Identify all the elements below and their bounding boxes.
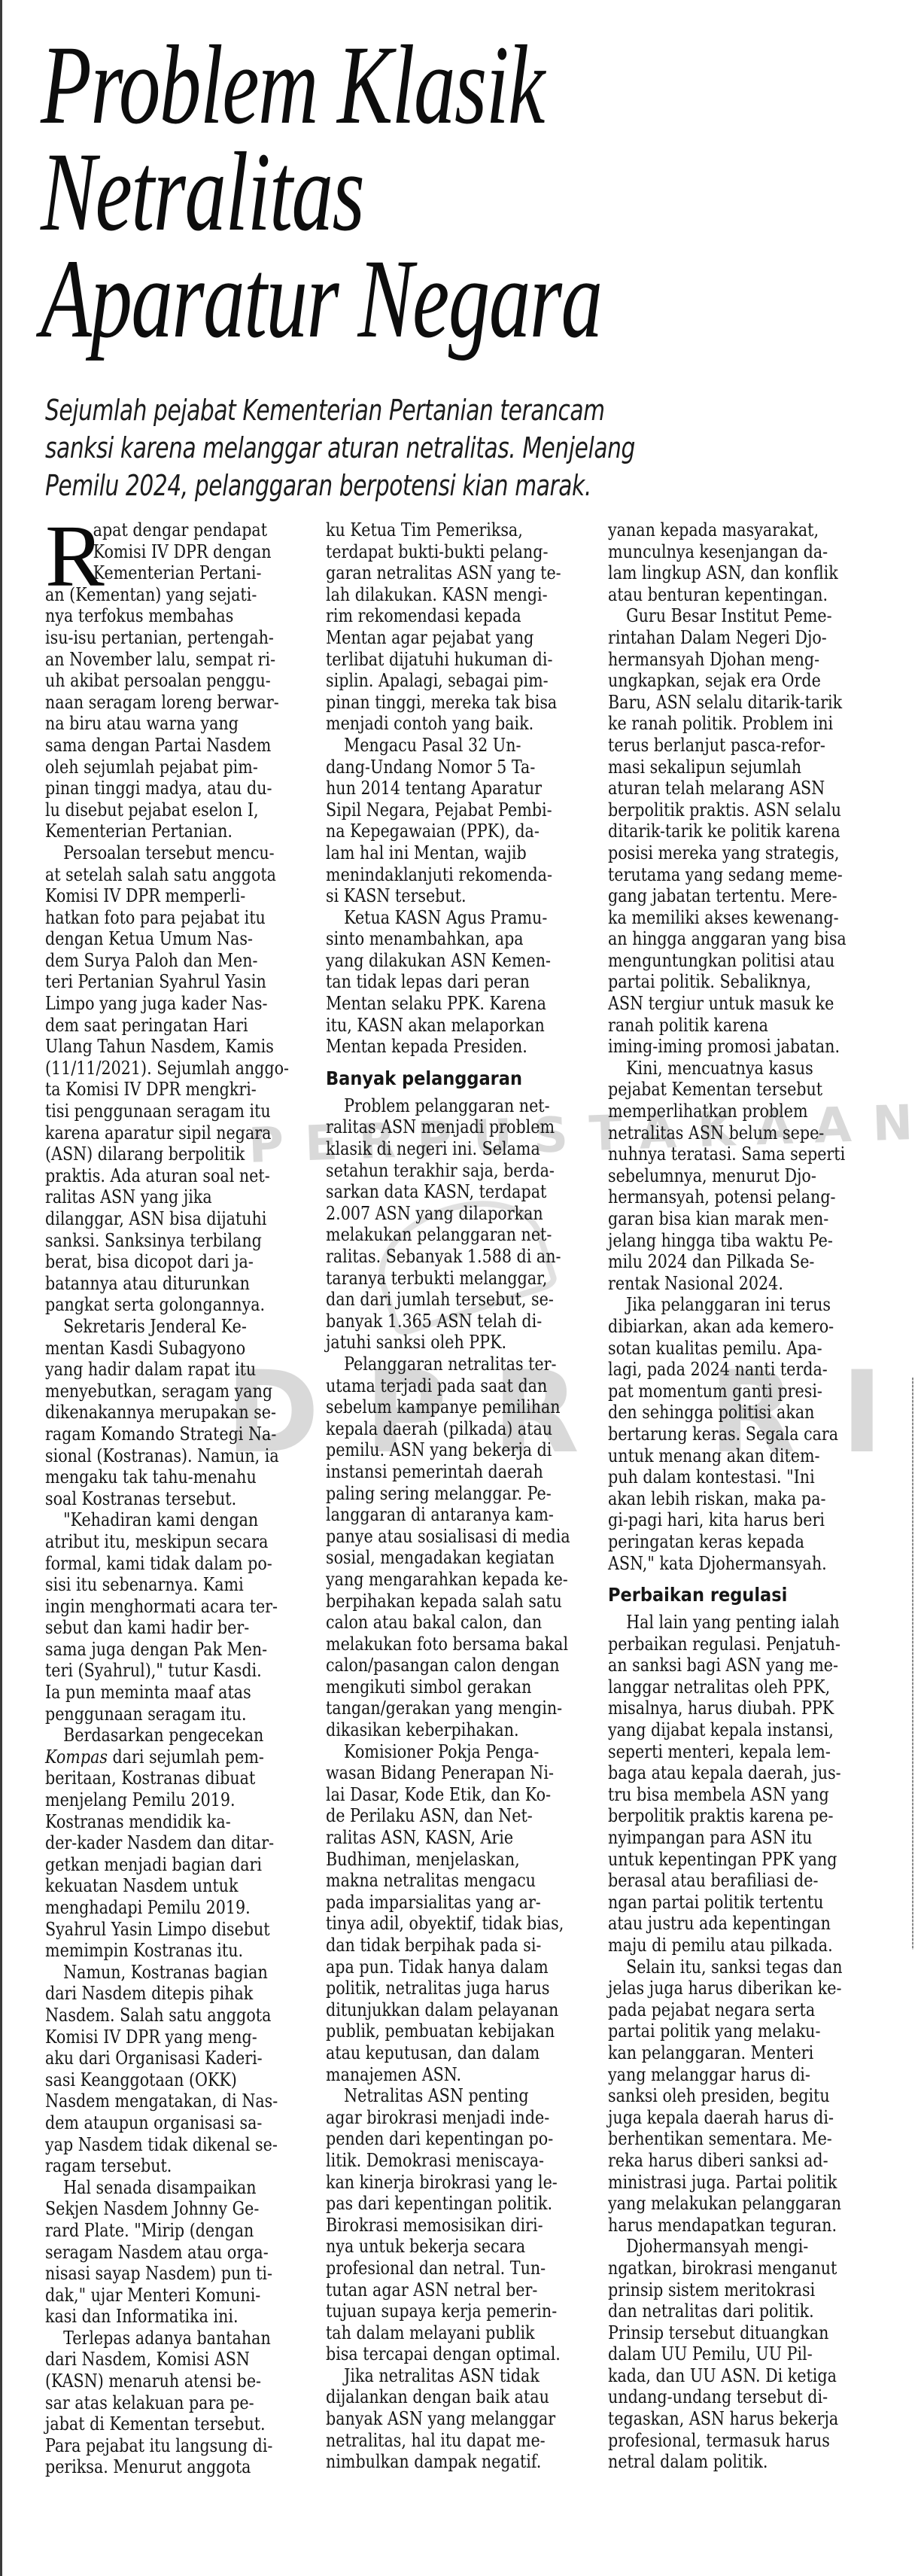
- text-line: dem saat peringatan Hari: [45, 1015, 272, 1037]
- paragraph-first-line: Jika netralitas ASN tidak: [326, 2365, 552, 2387]
- text-line: Para pejabat itu langsung di-: [45, 2435, 272, 2457]
- text-line: mentan Kasdi Subagyono: [45, 1338, 272, 1360]
- text-line: hatkan foto para pejabat itu: [45, 907, 272, 929]
- text-line: 2.007 ASN yang dilaporkan: [326, 1203, 552, 1225]
- text-line: lam hal ini Mentan, wajib: [326, 842, 552, 864]
- text-line: ingin menghormati acara ter-: [45, 1596, 272, 1618]
- paragraph-first-line: "Kehadiran kami dengan: [45, 1509, 272, 1531]
- text-line: (KASN) menaruh atensi be-: [45, 2370, 272, 2392]
- text-line: praktis. Ada aturan soal net-: [45, 1165, 272, 1187]
- text-line: reka harus diberi sanksi ad-: [608, 2150, 834, 2172]
- text-line: jabat di Kementan tersebut.: [45, 2413, 272, 2435]
- article-column-2: ku Ketua Tim Pemeriksa,terdapat bukti-bu…: [326, 519, 589, 2473]
- headline-line: Problem Klasik: [41, 32, 681, 139]
- text-line: Mentan kepada Presiden.: [326, 1036, 552, 1058]
- text-line: Nasdem. Salah satu anggota: [45, 2005, 272, 2026]
- text-line: menindaklanjuti rekomenda-: [326, 864, 552, 886]
- text-line: si KASN tersebut.: [326, 885, 552, 907]
- paragraph-first-line: Kini, mencuatnya kasus: [608, 1058, 834, 1079]
- text-line: yang melakukan pelanggaran: [608, 2193, 834, 2215]
- text-line: menguntungkan politisi atau: [608, 950, 834, 972]
- text-line: sisi itu sebenarnya. Kami: [45, 1574, 272, 1596]
- text-line: beritaan, Kostranas dibuat: [45, 1768, 272, 1789]
- text-line: lu disebut pejabat eselon I,: [45, 799, 272, 821]
- text-line: kan pelanggaran. Menteri: [608, 2042, 834, 2064]
- paragraph-first-line: Persoalan tersebut mencu-: [45, 842, 272, 864]
- text-line: oleh sejumlah pejabat pim-: [45, 757, 272, 778]
- text-line: uh akibat persoalan penggu-: [45, 670, 272, 692]
- text-line: Mentan agar pejabat yang: [326, 627, 552, 649]
- text-line: atau justru ada kepentingan: [608, 1913, 834, 1935]
- text-line: an (Kementan) yang sejati-: [45, 584, 272, 606]
- text-line: manajemen ASN.: [326, 2064, 552, 2086]
- text-line: de Perilaku ASN, dan Net-: [326, 1805, 552, 1827]
- text-line: sanksi oleh presiden, begitu: [608, 2085, 834, 2107]
- text-line: publik, pembuatan kebijakan: [326, 2020, 552, 2042]
- text-line: na biru atau warna yang: [45, 713, 272, 735]
- text-line: an hingga anggaran yang bisa: [608, 928, 834, 950]
- text-line: batannya atau diturunkan: [45, 1273, 272, 1295]
- text-line: ralitas ASN, KASN, Arie: [326, 1827, 552, 1849]
- text-line: langgaran di antaranya kam-: [326, 1504, 552, 1526]
- text-line: sasi Keanggotaan (OKK): [45, 2069, 272, 2091]
- deck-line: Sejumlah pejabat Kementerian Pertanian t…: [45, 391, 691, 429]
- text-line: tah dalam melayani publik: [326, 2322, 552, 2344]
- article-deck: Sejumlah pejabat Kementerian Pertanian t…: [45, 391, 691, 504]
- text-line: nya terfokus membahas: [45, 605, 272, 627]
- text-line: menghadapi Pemilu 2019.: [45, 1897, 272, 1919]
- text-line: langgar netralitas oleh PPK,: [608, 1676, 834, 1698]
- text-line: sotan kualitas pemilu. Apa-: [608, 1338, 834, 1360]
- text-line: Sipil Negara, Pejabat Pembi-: [326, 799, 552, 821]
- text-line: dikasikan keberpihakan.: [326, 1719, 552, 1741]
- text-line: kan kinerja birokrasi yang le-: [326, 2172, 552, 2194]
- text-line: netral dalam politik.: [608, 2451, 834, 2473]
- text-line: dilanggar, ASN bisa dijatuhi: [45, 1208, 272, 1230]
- text-line: atau benturan kepentingan.: [608, 584, 834, 606]
- text-line: na Kepegawaian (PPK), da-: [326, 821, 552, 842]
- text-line: jelas juga harus diberikan ke-: [608, 1978, 834, 1999]
- text-line: hermansyah Djohan meng-: [608, 649, 834, 671]
- text-line: garan netralitas ASN yang te-: [326, 562, 552, 584]
- text-line: ralitas ASN yang jika: [45, 1186, 272, 1208]
- text-line: tru bisa membela ASN yang: [608, 1784, 834, 1806]
- text-line: bertarung keras. Segala cara: [608, 1423, 834, 1445]
- text-line: sama juga dengan Pak Men-: [45, 1639, 272, 1661]
- text-line: menjadi contoh yang baik.: [326, 713, 552, 735]
- text-line: Ulang Tahun Nasdem, Kamis: [45, 1036, 272, 1058]
- text-line: sional (Kostranas). Namun, ia: [45, 1445, 272, 1467]
- text-line: instansi pemerintah daerah: [326, 1461, 552, 1483]
- text-line: misalnya, harus diubah. PPK: [608, 1698, 834, 1719]
- text-line: ta Komisi IV DPR mengkri-: [45, 1079, 272, 1101]
- text-line: calon/pasangan calon dengan: [326, 1655, 552, 1676]
- text-line: litik. Demokrasi meniscaya-: [326, 2150, 552, 2172]
- text-line: lam lingkup ASN, dan konflik: [608, 562, 834, 584]
- text-line: teri Pertanian Syahrul Yasin: [45, 971, 272, 993]
- publication-name: Kompas: [45, 1746, 108, 1768]
- text-line: berat, bisa dicopot dari ja-: [45, 1251, 272, 1273]
- text-line: siplin. Apalagi, sebagai pim-: [326, 670, 552, 692]
- text-line: jelang hingga tiba waktu Pe-: [608, 1230, 834, 1252]
- text-line: akan lebih riskan, maka pa-: [608, 1488, 834, 1510]
- text-line: banyak 1.365 ASN telah di-: [326, 1311, 552, 1332]
- text-line: profesional, termasuk harus: [608, 2430, 834, 2452]
- text-line: dan netralitas dari politik.: [608, 2300, 834, 2322]
- text-line: taranya terbukti melanggar,: [326, 1268, 552, 1290]
- text-line: sebut dan kami hadir ber-: [45, 1617, 272, 1639]
- article-headline: Problem Klasik Netralitas Aparatur Negar…: [41, 32, 681, 352]
- text-line: seperti menteri, kepala lem-: [608, 1741, 834, 1763]
- text-line: Ia pun meminta maaf atas: [45, 1682, 272, 1704]
- text-line: hun 2014 tentang Aparatur: [326, 778, 552, 799]
- text-line: dan tidak berpihak pada si-: [326, 1935, 552, 1956]
- paragraph-first-line: Sekretaris Jenderal Ke-: [45, 1316, 272, 1338]
- text-line: kepala daerah (pilkada) atau: [326, 1418, 552, 1440]
- text-line: mengikuti simbol gerakan: [326, 1676, 552, 1698]
- text-line: partai politik yang melaku-: [608, 2020, 834, 2042]
- text-line: rard Plate. "Mirip (dengan: [45, 2220, 272, 2242]
- text-line: (ASN) dilarang berpolitik: [45, 1143, 272, 1165]
- text-line: Birokrasi memosisikan diri-: [326, 2215, 552, 2236]
- section-subhead: Perbaikan regulasi: [608, 1579, 845, 1612]
- text-line: atribut itu, meskipun secara: [45, 1531, 272, 1553]
- text-line: der-kader Nasdem dan ditar-: [45, 1832, 272, 1854]
- text-line: dengan Ketua Umum Nas-: [45, 928, 272, 950]
- text-line: itu, KASN akan melaporkan: [326, 1015, 552, 1037]
- text-line: sebelum kampanye pemilihan: [326, 1396, 552, 1418]
- text-line: aturan telah melarang ASN: [608, 778, 834, 799]
- text-line: Kementerian Pertanian.: [45, 821, 272, 842]
- text-line: calon atau bakal calon, dan: [326, 1612, 552, 1634]
- text-line: wasan Bidang Penerapan Ni-: [326, 1762, 552, 1784]
- text-line: berpolitik praktis. ASN selalu: [608, 799, 834, 821]
- text-line: dak," ujar Menteri Komuni-: [45, 2285, 272, 2307]
- text-line: rim rekomendasi kepada: [326, 605, 552, 627]
- paragraph-first-line: Guru Besar Institut Peme-: [608, 605, 834, 627]
- text-line: at setelah salah satu anggota: [45, 864, 272, 886]
- text-line: iming-iming promosi jabatan.: [608, 1036, 834, 1058]
- text-line: lai Dasar, Kode Etik, dan Ko-: [326, 1784, 552, 1806]
- text-line: pat momentum ganti presi-: [608, 1381, 834, 1402]
- column-edge-rule: [912, 1378, 913, 1950]
- text-line: ka memiliki akses kewenang-: [608, 907, 834, 929]
- paragraph-first-line: Berdasarkan pengecekan: [45, 1725, 272, 1746]
- text-line: ditunjukkan dalam pelayanan: [326, 1999, 552, 2021]
- text-line: banyak ASN yang melanggar: [326, 2408, 552, 2430]
- text-line: nya untuk bekerja secara: [326, 2236, 552, 2258]
- text-line: panye atau sosialisasi di media: [326, 1526, 552, 1548]
- headline-line: Aparatur Negara: [41, 245, 681, 352]
- text-line: Syahrul Yasin Limpo disebut: [45, 1919, 272, 1941]
- text-line: menjelang Pemilu 2019.: [45, 1789, 272, 1811]
- text-line: nyimpangan para ASN itu: [608, 1827, 834, 1849]
- text-line: ungkapkan, sejak era Orde: [608, 670, 834, 692]
- text-line: soal Kostranas tersebut.: [45, 1488, 272, 1510]
- section-subhead: Banyak pelanggaran: [326, 1062, 563, 1095]
- text-line: yang dilakukan ASN Kemen-: [326, 950, 552, 972]
- text-line: berhentikan sementara. Me-: [608, 2128, 834, 2150]
- text-line: netralitas ASN belum sepe-: [608, 1122, 834, 1144]
- text-line: dijalankan dengan baik atau: [326, 2386, 552, 2408]
- text-line: Kompas dari sejumlah pem-: [45, 1746, 272, 1768]
- text-line: aku dari Organisasi Kaderi-: [45, 2048, 272, 2069]
- text-line: rintahan Dalam Negeri Djo-: [608, 627, 834, 649]
- paragraph-first-line: Namun, Kostranas bagian: [45, 1962, 272, 1984]
- text-line: dem ataupun organisasi sa-: [45, 2112, 272, 2134]
- text-line: berpihakan kepada salah satu: [326, 1591, 552, 1612]
- text-line: nuhnya teratasi. Sama seperti: [608, 1143, 834, 1165]
- text-line: pada pejabat negara serta: [608, 1999, 834, 2021]
- text-line: apa pun. Tidak hanya dalam: [326, 1956, 552, 1978]
- text-line: nisasi sayap Nasdem) pun ti-: [45, 2263, 272, 2285]
- newspaper-clipping: Problem Klasik Netralitas Aparatur Negar…: [0, 0, 918, 2576]
- paragraph-first-line: Mengacu Pasal 32 Un-: [326, 735, 552, 757]
- text-line: apat dengar pendapat: [45, 519, 272, 541]
- article-column-3: yanan kepada masyarakat,munculnya kesenj…: [608, 519, 871, 2473]
- text-line: dang-Undang Nomor 5 Ta-: [326, 757, 552, 778]
- text-line: ralitas. Sebanyak 1.588 di an-: [326, 1246, 552, 1268]
- text-line: an November lalu, sempat ri-: [45, 649, 272, 671]
- text-line: gi-pagi hari, kita harus beri: [608, 1509, 834, 1531]
- paragraph-first-line: Selain itu, sanksi tegas dan: [608, 1956, 834, 1978]
- text-line: jatuhi sanksi oleh PPK.: [326, 1332, 552, 1353]
- text-line: peringatan keras kepada: [608, 1531, 834, 1553]
- text-line: pinan tinggi madya, atau du-: [45, 778, 272, 799]
- text-line: Komisi IV DPR memperli-: [45, 885, 272, 907]
- text-line: menyebutkan, seragam yang: [45, 1381, 272, 1402]
- paragraph-first-line: Jika pelanggaran ini terus: [608, 1294, 834, 1316]
- text-line: maju di pemilu atau pilkada.: [608, 1935, 834, 1956]
- text-line: Nasdem mengatakan, di Nas-: [45, 2090, 272, 2112]
- text-line: pemilu. ASN yang bekerja di: [326, 1439, 552, 1461]
- text-line: melakukan foto bersama bakal: [326, 1634, 552, 1655]
- text-line: dalam UU Pemilu, UU Pil-: [608, 2343, 834, 2365]
- text-line: memimpin Kostranas itu.: [45, 1940, 272, 1962]
- paragraph-first-line: Komisioner Pokja Penga-: [326, 1741, 552, 1763]
- text-line: teri (Syahrul)," tutur Kasdi.: [45, 1660, 272, 1682]
- text-line: lagi, pada 2024 nanti terda-: [608, 1359, 834, 1381]
- text-line: paling sering melanggar. Pe-: [326, 1483, 552, 1505]
- text-line: gang jabatan tertentu. Mere-: [608, 885, 834, 907]
- text-line: dikenakannya merupakan se-: [45, 1402, 272, 1423]
- text-line: posisi mereka yang strategis,: [608, 842, 834, 864]
- paragraph-first-line: Terlepas adanya bantahan: [45, 2328, 272, 2349]
- paragraph-first-line: Ketua KASN Agus Pramu-: [326, 907, 552, 929]
- text-line: tutan agar ASN netral ber-: [326, 2279, 552, 2301]
- text-line: agar birokrasi menjadi inde-: [326, 2107, 552, 2129]
- text-line: yang dijabat kepala instansi,: [608, 1719, 834, 1741]
- paragraph-first-line: Hal senada disampaikan: [45, 2177, 272, 2199]
- text-line: pejabat Kementan tersebut: [608, 1079, 834, 1101]
- text-line: Kementerian Pertani-: [45, 562, 272, 584]
- text-line: berpolitik praktis karena pe-: [608, 1805, 834, 1827]
- text-line: dem Surya Paloh dan Men-: [45, 950, 272, 972]
- text-line: tujuan supaya kerja pemerin-: [326, 2300, 552, 2322]
- text-line: undang-undang tersebut di-: [608, 2386, 834, 2408]
- text-line: Sekjen Nasdem Johnny Ge-: [45, 2198, 272, 2220]
- text-line: pada imparsialitas yang ar-: [326, 1892, 552, 1914]
- text-line: an sanksi bagi ASN yang me-: [608, 1655, 834, 1676]
- headline-line: Netralitas: [41, 139, 681, 245]
- text-line: Kostranas mendidik ka-: [45, 1811, 272, 1833]
- text-line: dan dari jumlah tersebut, se-: [326, 1289, 552, 1311]
- text-line: terdapat bukti-bukti pelang-: [326, 541, 552, 563]
- text-line: untuk menang akan ditem-: [608, 1445, 834, 1467]
- text-line: lah dilakukan. KASN mengi-: [326, 584, 552, 606]
- text-line: terlibat dijatuhi hukuman di-: [326, 649, 552, 671]
- text-line: puh dalam kontestasi. "Ini: [608, 1466, 834, 1488]
- text-line: juga kepala daerah harus di-: [608, 2107, 834, 2129]
- text-line: karena aparatur sipil negara: [45, 1122, 272, 1144]
- text-line: ragam tersebut.: [45, 2155, 272, 2177]
- text-line: ministrasi juga. Partai politik: [608, 2172, 834, 2194]
- text-line: sanksi. Sanksinya terbilang: [45, 1230, 272, 1252]
- text-line: hermansyah, potensi pelang-: [608, 1186, 834, 1208]
- deck-line: Pemilu 2024, pelanggaran berpotensi kian…: [45, 467, 691, 504]
- text-line: pas dari kepentingan politik.: [326, 2193, 552, 2215]
- text-line: klasik di negeri ini. Selama: [326, 1138, 552, 1160]
- text-line: mengaku tak tahu-menahu: [45, 1466, 272, 1488]
- text-line: Mentan selaku PPK. Karena: [326, 993, 552, 1015]
- text-line: prinsip sistem meritokrasi: [608, 2279, 834, 2301]
- text-line: utama terjadi pada saat dan: [326, 1375, 552, 1397]
- text-line: dibiarkan, akan ada kemero-: [608, 1316, 834, 1338]
- text-line: ku Ketua Tim Pemeriksa,: [326, 519, 552, 541]
- text-line: yang hadir dalam rapat itu: [45, 1359, 272, 1381]
- text-line: Baru, ASN selalu ditarik-tarik: [608, 692, 834, 714]
- article-column-1: R apat dengar pendapatKomisi IV DPR deng…: [45, 519, 309, 2478]
- page-edge-rule: [0, 0, 2, 2576]
- text-line: ASN," kata Djohermansyah.: [608, 1553, 834, 1575]
- text-line: isu-isu pertanian, pertengah-: [45, 627, 272, 649]
- text-line: masi sekalipun sejumlah: [608, 757, 834, 778]
- text-line: untuk kepentingan PPK yang: [608, 1849, 834, 1871]
- text-line: yanan kepada masyarakat,: [608, 519, 834, 541]
- text-line: perbaikan regulasi. Penjatuh-: [608, 1634, 834, 1655]
- text-line: rentak Nasional 2024.: [608, 1273, 834, 1295]
- text-line: sinto menambahkan, apa: [326, 928, 552, 950]
- text-line: ngatkan, birokrasi menganut: [608, 2258, 834, 2279]
- text-line: pangkat serta golongannya.: [45, 1294, 272, 1316]
- text-line: yap Nasdem tidak dikenal se-: [45, 2134, 272, 2156]
- text-line: Prinsip tersebut dituangkan: [608, 2322, 834, 2344]
- text-line: ASN tergiur untuk masuk ke: [608, 993, 834, 1015]
- text-line: ranah politik karena: [608, 1015, 834, 1037]
- text-line: getkan menjadi bagian dari: [45, 1854, 272, 1876]
- text-line: sama dengan Partai Nasdem: [45, 735, 272, 757]
- text-line: dari Nasdem, Komisi ASN: [45, 2349, 272, 2370]
- text-line: Limpo yang juga kader Nas-: [45, 993, 272, 1015]
- text-line: netralitas, hal itu dapat me-: [326, 2430, 552, 2452]
- text-line: profesional dan netral. Tun-: [326, 2258, 552, 2279]
- text-line: tisi penggunaan seragam itu: [45, 1101, 272, 1122]
- text-line: tangan/gerakan yang mengin-: [326, 1698, 552, 1719]
- paragraph-first-line: Netralitas ASN penting: [326, 2085, 552, 2107]
- text-line: baga atau kepala daerah, jus-: [608, 1762, 834, 1784]
- text-line: seragam Nasdem atau orga-: [45, 2242, 272, 2264]
- text-line: ditarik-tarik ke politik karena: [608, 821, 834, 842]
- text-line: ralitas ASN menjadi problem: [326, 1116, 552, 1138]
- text-line: Komisi IV DPR yang meng-: [45, 2026, 272, 2048]
- text-line: nimbulkan dampak negatif.: [326, 2451, 552, 2473]
- paragraph-first-line: Djohermansyah mengi-: [608, 2236, 834, 2258]
- text-line: setahun terakhir saja, berda-: [326, 1160, 552, 1182]
- text-line: penden dari kepentingan po-: [326, 2128, 552, 2150]
- paragraph-first-line: Hal lain yang penting ialah: [608, 1612, 834, 1634]
- text-line: formal, kami tidak dalam po-: [45, 1553, 272, 1575]
- text-line: melakukan pelanggaran net-: [326, 1224, 552, 1246]
- text-line: penggunaan seragam itu.: [45, 1704, 272, 1725]
- text-line: tan tidak lepas dari peran: [326, 971, 552, 993]
- text-line: munculnya kesenjangan da-: [608, 541, 834, 563]
- text-line: makna netralitas mengacu: [326, 1870, 552, 1892]
- text-line: tegaskan, ASN harus bekerja: [608, 2408, 834, 2430]
- text-line: atau keputusan, dan dalam: [326, 2042, 552, 2064]
- text-line: politik, netralitas juga harus: [326, 1978, 552, 1999]
- text-line: Budhiman, menjelaskan,: [326, 1849, 552, 1871]
- text-line: partai politik. Sebaliknya,: [608, 971, 834, 993]
- text-line: Komisi IV DPR dengan: [45, 541, 272, 563]
- text-line: sarkan data KASN, terdapat: [326, 1181, 552, 1203]
- paragraph-first-line: Pelanggaran netralitas ter-: [326, 1353, 552, 1375]
- text-line: kasi dan Informatika ini.: [45, 2306, 272, 2328]
- text-line: yang mengarahkan kepada ke-: [326, 1569, 552, 1591]
- text-line: garan bisa kian marak men-: [608, 1208, 834, 1230]
- text-line: sosial, mengadakan kegiatan: [326, 1547, 552, 1569]
- text-line: tinya adil, obyektif, tidak bias,: [326, 1913, 552, 1935]
- text-line: yang melanggar harus di-: [608, 2064, 834, 2086]
- text-line: pinan tinggi, mereka tak bisa: [326, 692, 552, 714]
- text-line: terus berlanjut pasca-refor-: [608, 735, 834, 757]
- text-line: dari Nasdem ditepis pihak: [45, 1983, 272, 2005]
- text-line: ragam Komando Strategi Na-: [45, 1423, 272, 1445]
- text-line: den sehingga politisi akan: [608, 1402, 834, 1423]
- text-line: terutama yang sedang meme-: [608, 864, 834, 886]
- text-line: (11/11/2021). Sejumlah anggo-: [45, 1058, 272, 1079]
- text-line: sar atas kelakuan para pe-: [45, 2392, 272, 2414]
- text-line: naan seragam loreng berwar-: [45, 692, 272, 714]
- text-line: kada, dan UU ASN. Di ketiga: [608, 2365, 834, 2387]
- deck-line: sanksi karena melanggar aturan netralita…: [45, 429, 691, 467]
- text-line: berasal atau berafiliasi de-: [608, 1870, 834, 1892]
- text-line: kekuatan Nasdem untuk: [45, 1875, 272, 1897]
- paragraph-first-line: Problem pelanggaran net-: [326, 1095, 552, 1117]
- text-line: ke ranah politik. Problem ini: [608, 713, 834, 735]
- text-line: periksa. Menurut anggota: [45, 2456, 272, 2478]
- text-line: ngan partai politik tertentu: [608, 1892, 834, 1914]
- text-line: sebelumnya, menurut Djo-: [608, 1165, 834, 1187]
- text-line: bisa tercapai dengan optimal.: [326, 2343, 552, 2365]
- text-line: milu 2024 dan Pilkada Se-: [608, 1251, 834, 1273]
- text-line: memperlihatkan problem: [608, 1101, 834, 1122]
- text-line: harus mendapatkan teguran.: [608, 2215, 834, 2236]
